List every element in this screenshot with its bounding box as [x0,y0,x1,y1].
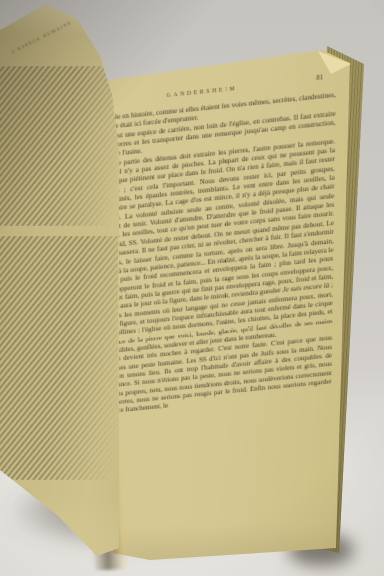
left-running-header: L'ESPÈCE HUMAINE [11,20,73,55]
running-header: GANDERSHEIM [167,86,238,99]
right-page-text-block: GANDERSHEIM 81 montée en histoire, comme… [99,73,336,417]
left-page-blurred-text [0,66,118,226]
left-page-blurred-text [0,236,118,480]
paragraph: Une partie des détenus doit extraire les… [100,137,335,357]
book-photo: GANDERSHEIM 81 montée en histoire, comme… [0,0,384,576]
body-text: montée en histoire, comme si elles étaie… [99,91,335,417]
page-number: 81 [316,74,323,82]
